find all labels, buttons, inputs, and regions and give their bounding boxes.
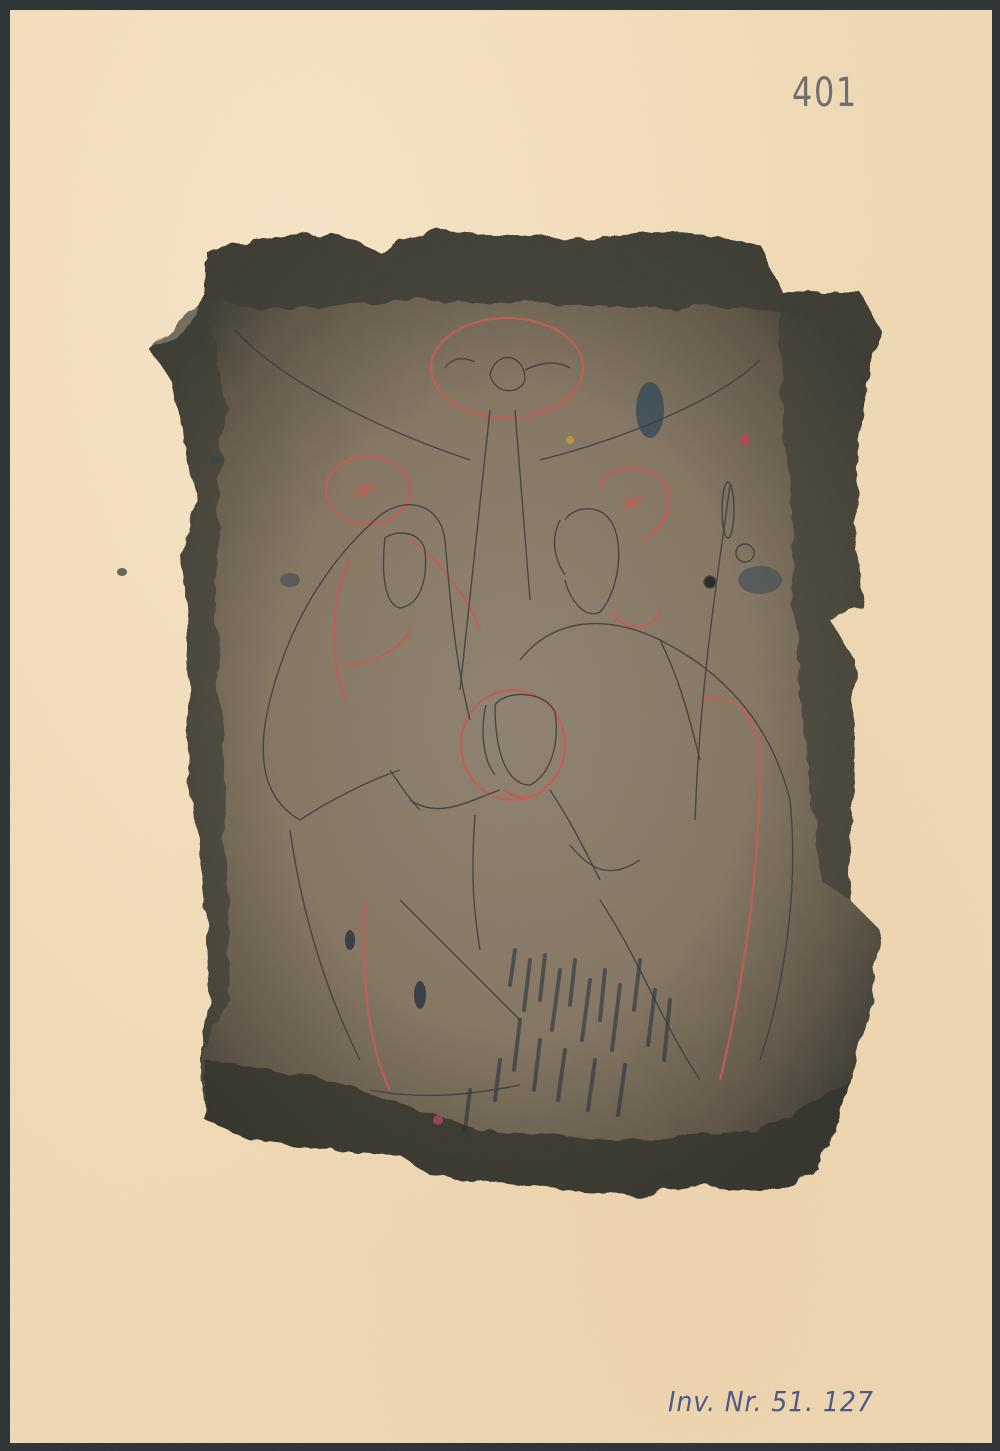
artwork-drawing	[0, 0, 1000, 1451]
scan-frame: 401 Inv. Nr. 51. 127	[0, 0, 1000, 1451]
inventory-number-annotation: Inv. Nr. 51. 127	[668, 1385, 874, 1418]
sheet-number-annotation: 401	[792, 70, 858, 116]
